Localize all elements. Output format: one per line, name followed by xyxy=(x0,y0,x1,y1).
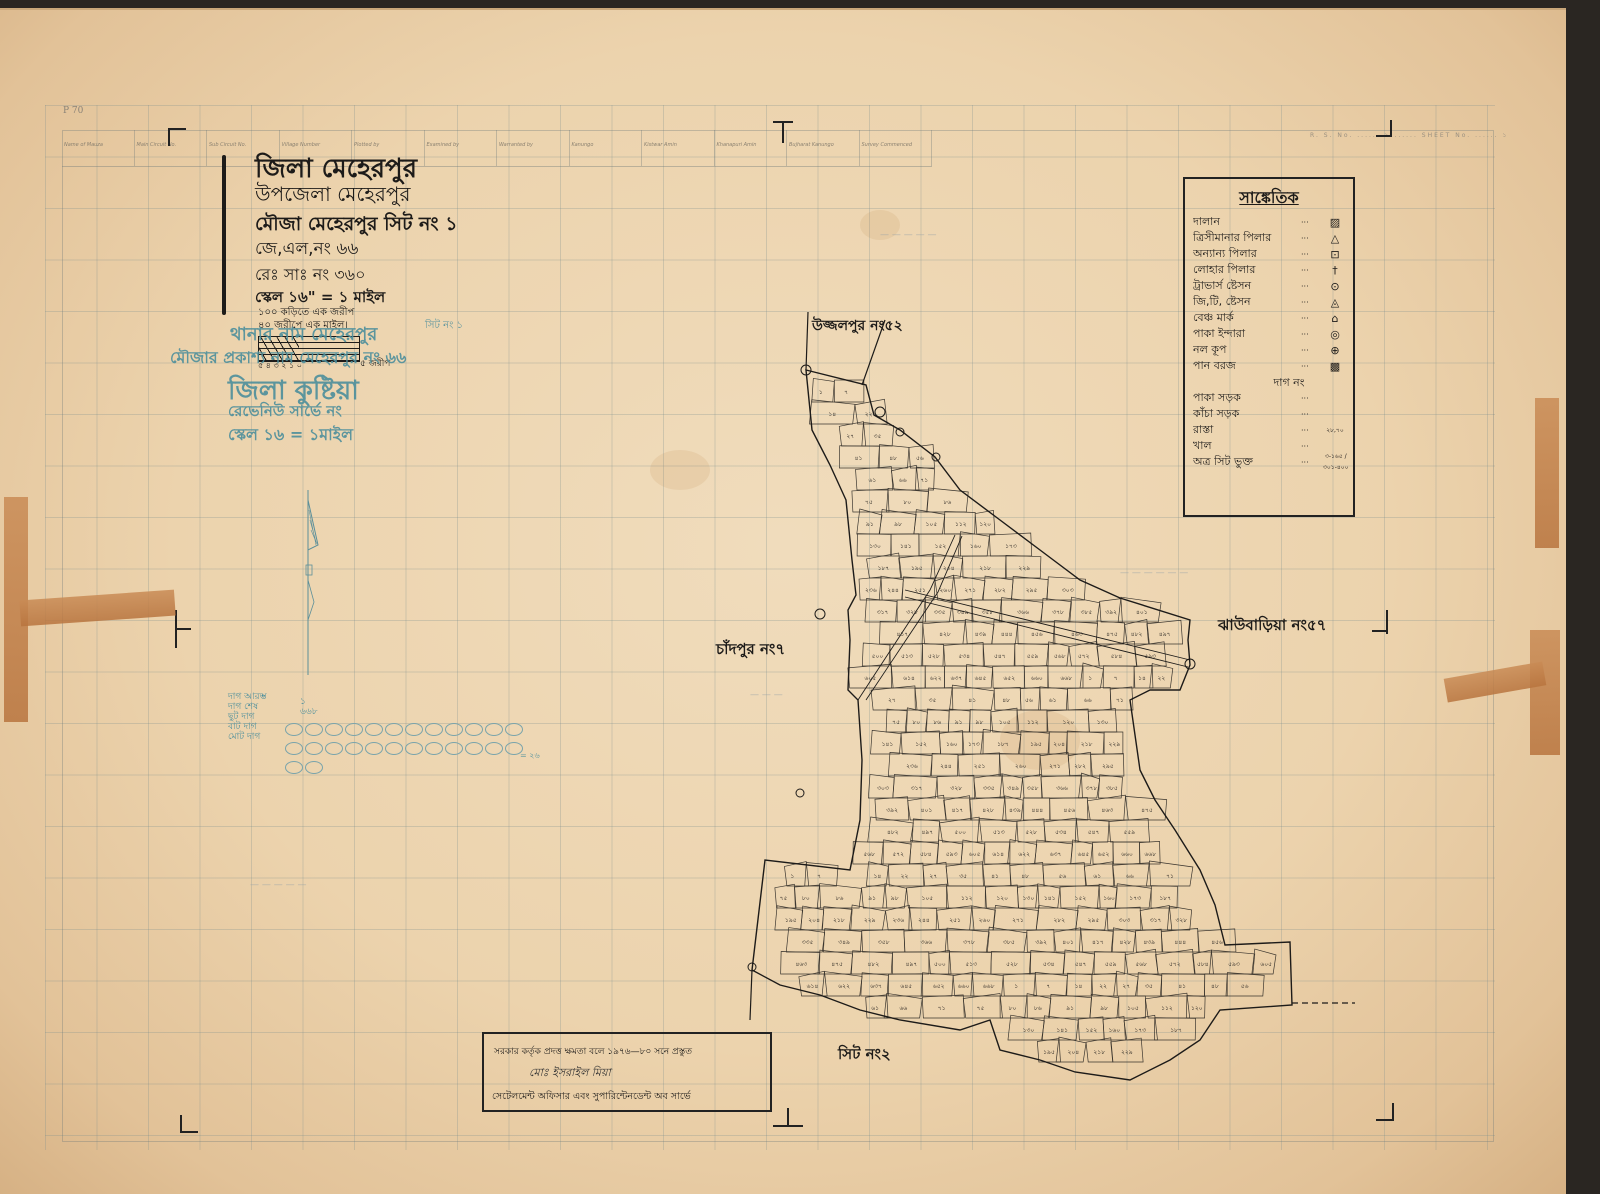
parcel-number: ৩৮৫ xyxy=(1106,785,1118,792)
parcel-number: ৪৪৪ xyxy=(1031,807,1043,814)
parcel-number: ৬৫২ xyxy=(1003,675,1015,682)
parcel-number: ২৩৬ xyxy=(892,917,904,924)
parcel-number: ৬১৪ xyxy=(992,851,1004,858)
parcel-number: ১৪১ xyxy=(1044,895,1056,902)
certificate-box: সরকার কর্তৃক প্রদত্ত ক্ষমতা বলে ১৯৭৬—৮০ … xyxy=(482,1032,772,1112)
parcel-number: ৬৩৭ xyxy=(951,675,963,682)
parcel-number: ২৩৬ xyxy=(865,587,877,594)
parcel-number: ২২৯ xyxy=(1018,565,1030,572)
parcel-number: ৭৫ xyxy=(865,499,873,506)
parcel-number: ৬২২ xyxy=(1018,851,1030,858)
parcel-number: ৭৫ xyxy=(977,1005,985,1012)
parcel-number: ২৬০ xyxy=(939,587,951,594)
parcel-number: ৩৫ xyxy=(959,873,967,880)
parcel-number: ৩১৭ xyxy=(911,785,923,792)
parcel-number: ৭ xyxy=(1046,983,1050,990)
parcel-number: ৫০০ xyxy=(934,961,946,968)
parcel-number: ৩৫ xyxy=(874,433,882,440)
parcel-number: ৩১৭ xyxy=(877,609,889,616)
parcel-number: ১৩০ xyxy=(1097,719,1109,726)
parcel-number: ৫৬৮ xyxy=(863,851,875,858)
parcel-number: ৫৩৪ xyxy=(958,653,970,660)
parcel-number: ১২০ xyxy=(1063,719,1075,726)
parcel-number: ৪৪৪ xyxy=(1001,631,1013,638)
parcel-number: ১৯৫ xyxy=(1030,741,1042,748)
parcel-number: ২৯৫ xyxy=(1088,917,1100,924)
parcel-number: ৩৭৮ xyxy=(1086,785,1098,792)
parcel-number: ২৮২ xyxy=(1074,763,1086,770)
parcel-number: ২৫১ xyxy=(974,763,986,770)
parcel-number: ২২৯ xyxy=(864,917,876,924)
parcel-number: ৪১ xyxy=(855,455,863,462)
parcel-number: ৬৪৫ xyxy=(975,675,987,682)
parcel-number: ১০৫ xyxy=(922,895,934,902)
pencil-annotation: — — — — — — xyxy=(1120,568,1188,578)
parcel-number: ৪৮ xyxy=(1002,697,1010,704)
parcel-number: ৮৬ xyxy=(1034,1005,1042,1012)
parcel-number: ২৭ xyxy=(888,697,896,704)
parcel-number: ৫৬ xyxy=(1025,697,1033,704)
parcel-number: ১৪ xyxy=(1138,675,1146,682)
parcel-number: ৯৮ xyxy=(1100,1005,1108,1012)
parcel-number: ৭১ xyxy=(938,1005,946,1012)
parcel-number: ৩৩৫ xyxy=(802,939,814,946)
parcel-number: ৪৫৬ xyxy=(1064,807,1076,814)
parcel-number: ৫৬ xyxy=(1241,983,1249,990)
parcel-number: ৩৮৫ xyxy=(1003,939,1015,946)
parcel-number: ১৮৭ xyxy=(1170,1027,1182,1034)
parcel-number: ৫২৮ xyxy=(1006,961,1018,968)
parcel-number: ৬৬৮ xyxy=(1145,851,1157,858)
parcel-number: ৪৬৩ xyxy=(1101,807,1113,814)
parcel-number: ৪৩৯ xyxy=(1009,807,1021,814)
parcel-number: ৫৭২ xyxy=(1169,961,1181,968)
parcel-number: ২৭ xyxy=(1122,983,1130,990)
parcel-number: ১৪ xyxy=(828,411,836,418)
pencil-annotation: — — — xyxy=(750,690,783,700)
parcel-number: ২০৪ xyxy=(1053,741,1065,748)
parcel-number: ৫২৮ xyxy=(1025,829,1037,836)
parcel-number: ৩৬৬ xyxy=(920,939,932,946)
parcel-number: ৪১৭ xyxy=(952,807,964,814)
parcel-number: ১৩০ xyxy=(1023,895,1035,902)
parcel-number: ৫৫৯ xyxy=(1105,961,1117,968)
parcel-number: ৬০৫ xyxy=(1260,961,1272,968)
parcel-number: ৬১৪ xyxy=(903,675,915,682)
parcel-number: ৫৭২ xyxy=(1078,653,1090,660)
parcel-number: ৪৬৩ xyxy=(796,961,808,968)
parcel-number: ৬২২ xyxy=(930,675,942,682)
parcel-number: ২৭ xyxy=(846,433,854,440)
parcel-number: ২১৮ xyxy=(833,917,845,924)
parcel-number: ৪৮ xyxy=(1211,983,1219,990)
parcel-number: ১৭৩ xyxy=(1129,895,1141,902)
parcel-number: ৮৬ xyxy=(836,895,844,902)
parcel-number: ৬১ xyxy=(871,1005,879,1012)
parcel-number: ৪৪৪ xyxy=(1174,939,1186,946)
parcel-number: ৪১ xyxy=(1178,983,1186,990)
parcel-number: ১৮৭ xyxy=(1159,895,1171,902)
parcel-number: ৭১ xyxy=(1116,697,1124,704)
parcel-number: ২১৮ xyxy=(1081,741,1093,748)
parcel-number: ৫৮৪ xyxy=(1197,961,1209,968)
parcel-number: ৩৯২ xyxy=(886,807,898,814)
parcel-number: ৩২৮ xyxy=(1175,917,1187,924)
parcel-number: ৬৫২ xyxy=(1098,851,1110,858)
parcel-number: ৬৫২ xyxy=(933,983,945,990)
parcel-number: ৬৬০ xyxy=(958,983,970,990)
parcel-number: ৬৬০ xyxy=(1121,851,1133,858)
parcel-number: ৯১ xyxy=(1066,1005,1074,1012)
parcel-number: ৯৮ xyxy=(976,719,984,726)
parcel-number: ১৭৩ xyxy=(968,741,980,748)
parcel-number: ১৪১ xyxy=(1056,1027,1068,1034)
parcel-number: ১ xyxy=(1014,983,1018,990)
parcel-number: ১৬০ xyxy=(970,543,982,550)
parcel-number: ৪৮ xyxy=(889,455,897,462)
parcel-number: ১ xyxy=(1088,675,1092,682)
parcel-number: ২১৮ xyxy=(979,565,991,572)
parcel-number: ৪০১ xyxy=(1062,939,1074,946)
parcel-number: ৫৫৯ xyxy=(1124,829,1136,836)
parcel-number: ৪৩৯ xyxy=(1143,939,1155,946)
parcel-number: ৫৪৭ xyxy=(1088,829,1100,836)
parcel-number: ১৮৭ xyxy=(997,741,1009,748)
parcel-number: ৩৫৮ xyxy=(878,939,890,946)
parcel-number: ৭ xyxy=(1114,675,1118,682)
parcel-number: ৮৬ xyxy=(943,499,951,506)
parcel-number: ১৬০ xyxy=(1103,895,1115,902)
parcel-number: ৩০৩ xyxy=(877,785,889,792)
parcel-number: ৩০৩ xyxy=(1062,587,1074,594)
parcel-number: ১৭৩ xyxy=(1005,543,1017,550)
pencil-annotation: — — — — — xyxy=(880,230,936,240)
parcel-number: ৫৩৪ xyxy=(1055,829,1067,836)
parcel-number: ৪৮ xyxy=(1021,873,1029,880)
parcel-number: ৫১৩ xyxy=(901,653,913,660)
parcel-number: ২৯৫ xyxy=(1026,587,1038,594)
adjacent-mouza-north: উজ্জলপুর নং৫২ xyxy=(812,318,903,334)
parcel-number: ২৪৪ xyxy=(940,763,952,770)
parcel-number: ৬৩৭ xyxy=(870,983,882,990)
parcel-number: ১১২ xyxy=(1027,719,1039,726)
parcel-number: ২৫১ xyxy=(949,917,961,924)
parcel-number: ৯১ xyxy=(866,521,874,528)
parcel-number: ১৬০ xyxy=(1108,1027,1120,1034)
parcel-number: ১০৫ xyxy=(999,719,1011,726)
parcel-number: ৩৭৮ xyxy=(1052,609,1064,616)
parcel-number: ১০৫ xyxy=(1127,1005,1139,1012)
parcel-number: ৬১ xyxy=(1049,697,1057,704)
parcel-number: ২২ xyxy=(1158,675,1166,682)
parcel-number: ৮০ xyxy=(802,895,810,902)
parcel-number: ৪৮২ xyxy=(868,961,880,968)
parcel-number: ১ xyxy=(819,389,823,396)
parcel-number: ২২ xyxy=(865,411,873,418)
parcel-number: ৪৫৬ xyxy=(1211,939,1223,946)
parcel-number: ১২০ xyxy=(996,895,1008,902)
parcel-number: ২২ xyxy=(901,873,909,880)
pencil-annotation: — — — — — xyxy=(250,880,306,890)
parcel-number: ১১২ xyxy=(955,521,967,528)
parcel-number: ১৬০ xyxy=(946,741,958,748)
parcel xyxy=(1103,666,1134,688)
parcel-number: ৬৬ xyxy=(1126,873,1134,880)
parcel-number: ৫৯৩ xyxy=(946,851,958,858)
parcel-number: ৩৪৯ xyxy=(1007,785,1019,792)
parcel-number: ১৭৩ xyxy=(1134,1027,1146,1034)
parcel-number: ৬১৪ xyxy=(807,983,819,990)
parcel-number: ৩৮৫ xyxy=(1081,609,1093,616)
parcel-number: ৫০০ xyxy=(872,653,884,660)
parcel-number: ৫৬ xyxy=(1058,873,1066,880)
parcel-number: ৭১ xyxy=(920,477,928,484)
parcel-number: ৪৫৬ xyxy=(1031,631,1043,638)
parcel-number: ৩২৮ xyxy=(950,785,962,792)
parcel-number: ২৭১ xyxy=(1049,763,1061,770)
parcel-number: ৪৩৯ xyxy=(975,631,987,638)
parcel xyxy=(1034,972,1068,996)
parcel-number: ৫৮৪ xyxy=(920,851,932,858)
parcel-number: ৬৬৮ xyxy=(1060,675,1072,682)
parcel-number: ৩৫৮ xyxy=(1027,785,1039,792)
parcel-number: ২০৪ xyxy=(808,917,820,924)
certificate-signature: মোঃ ইসরাইল মিয়া xyxy=(529,1064,611,1083)
parcel-number: ৮০ xyxy=(1009,1005,1017,1012)
parcel-number: ৩১৭ xyxy=(1150,917,1162,924)
parcel-number: ৪৭৫ xyxy=(1106,631,1118,638)
parcel-number: ৩৯২ xyxy=(1105,609,1117,616)
parcel-number: ২৩৬ xyxy=(906,763,918,770)
parcel-number: ১১২ xyxy=(961,895,973,902)
parcel-number: ২৪৪ xyxy=(918,917,930,924)
parcel-number: ৬৬ xyxy=(900,1005,908,1012)
parcel-number: ২৪৪ xyxy=(887,587,899,594)
parcel-number: ১৩০ xyxy=(1023,1027,1035,1034)
cadastral-map: ১৭১৪২২২৭৩৫৪১৪৮৫৬৬১৬৬৭১৭৫৮০৮৬৯১৯৮১০৫১১২১২… xyxy=(0,0,1600,1194)
parcel-number: ৬২২ xyxy=(838,983,850,990)
parcel-number: ৪০১ xyxy=(921,807,933,814)
parcel-number: ৫২৮ xyxy=(928,653,940,660)
parcel-number: ২২৯ xyxy=(1121,1049,1133,1056)
parcel-number: ৪১ xyxy=(968,697,976,704)
parcel-number: ১৫২ xyxy=(915,741,927,748)
parcel-number: ১৪ xyxy=(873,873,881,880)
parcel-number: ২৭১ xyxy=(1012,917,1024,924)
parcel-number: ২৮২ xyxy=(1053,917,1065,924)
parcel-number: ৬৬ xyxy=(1084,697,1092,704)
parcel-number: ৩৫ xyxy=(1145,983,1153,990)
parcel-number: ৪২৮ xyxy=(939,631,951,638)
parcel-number: ৬৪৫ xyxy=(900,983,912,990)
parcel-number: ৯৮ xyxy=(891,895,899,902)
parcel-number: ৪৯৭ xyxy=(906,961,918,968)
parcel-number: ৫৭২ xyxy=(892,851,904,858)
parcel-number: ১০৫ xyxy=(926,521,938,528)
parcel-number: ১৪ xyxy=(1075,983,1083,990)
parcel-number: ৪৭৫ xyxy=(1141,807,1153,814)
parcel-number: ৩৯২ xyxy=(1035,939,1047,946)
parcel-number: ৪৯৭ xyxy=(921,829,933,836)
parcel-number: ৪৮২ xyxy=(1131,631,1143,638)
parcel-number: ৩৩৫ xyxy=(983,785,995,792)
parcel-number: ৭১ xyxy=(1166,873,1174,880)
parcel-number: ৩৬৬ xyxy=(1017,609,1029,616)
parcel-number: ৫৩৪ xyxy=(1043,961,1055,968)
parcel-number: ৬১ xyxy=(1093,873,1101,880)
certificate-line-3: সেটেলমেন্ট অফিসার এবং সুপারিন্টেনডেন্ট অ… xyxy=(492,1090,691,1105)
parcel-number: ৬৬৮ xyxy=(983,983,995,990)
parcel-number: ১১২ xyxy=(1161,1005,1173,1012)
parcel-number: ৬৩৭ xyxy=(1050,851,1062,858)
parcel-number: ১৯৫ xyxy=(1043,1049,1055,1056)
parcel-number: ৩৪৯ xyxy=(838,939,850,946)
parcel-number: ১৯৫ xyxy=(911,565,923,572)
adjacent-mouza-west: চাঁদপুর নং৭ xyxy=(716,638,785,663)
parcel-number: ৬০৫ xyxy=(969,851,981,858)
parcel-number: ৮৬ xyxy=(933,719,941,726)
parcel-number: ৫৬ xyxy=(916,455,924,462)
parcel-number: ১৩০ xyxy=(869,543,881,550)
parcel-number: ৩৭৮ xyxy=(963,939,975,946)
parcel-number: ১৫২ xyxy=(935,543,947,550)
parcel-number: ৭ xyxy=(817,873,821,880)
adjacent-sheet-south: সিট নং২ xyxy=(838,1043,891,1068)
parcel-number: ৩৫ xyxy=(929,697,937,704)
parcel-number: ৬৬০ xyxy=(1031,675,1043,682)
parcel-number: ৩৬৬ xyxy=(1056,785,1068,792)
parcel-number: ৫৪৭ xyxy=(994,653,1006,660)
parcel xyxy=(1003,973,1036,996)
parcel-number: ২০৪ xyxy=(1068,1049,1080,1056)
adjacent-mouza-east: ঝাউবাড়িয়া নং৫৭ xyxy=(1218,614,1326,639)
parcel-number: ১৮৭ xyxy=(878,565,890,572)
parcel-number: ৭৫ xyxy=(892,719,900,726)
parcel-number: ৯৮ xyxy=(894,521,902,528)
parcel-number: ৯১ xyxy=(868,895,876,902)
parcel-number: ৪৭৫ xyxy=(831,961,843,968)
parcel-number: ১২০ xyxy=(1191,1005,1203,1012)
parcel-number: ৫১৩ xyxy=(993,829,1005,836)
parcel-number: ৮০ xyxy=(903,499,911,506)
parcel-number: ২৮২ xyxy=(994,587,1006,594)
parcel-number: ২২৯ xyxy=(1109,741,1121,748)
parcel-number: ২৬০ xyxy=(979,917,991,924)
parcel-number: ২২ xyxy=(1099,983,1107,990)
parcel-number: ৭ xyxy=(844,389,848,396)
parcel xyxy=(812,378,835,402)
parcel-number: ১৪১ xyxy=(900,543,912,550)
parcel-number: ৪১৭ xyxy=(1092,939,1104,946)
parcel-number: ৬৬ xyxy=(899,477,907,484)
certificate-line-1: সরকার কর্তৃক প্রদত্ত ক্ষমতা বলে ১৯৭৬—৮০ … xyxy=(494,1044,692,1059)
parcel-number: ৬১ xyxy=(868,477,876,484)
parcel-number: ৩০৩ xyxy=(1119,917,1131,924)
parcel-number: ৫৪৭ xyxy=(1075,961,1087,968)
parcel-number: ৬৪৫ xyxy=(1078,851,1090,858)
parcel-number: ২৭১ xyxy=(964,587,976,594)
parcel-number: ৫১৩ xyxy=(965,961,977,968)
parcel-number: ৪৮২ xyxy=(887,829,899,836)
parcel-number: ৪২৮ xyxy=(1119,939,1131,946)
parcel-number: ১৫২ xyxy=(1086,1027,1098,1034)
parcel-number: ১৯৫ xyxy=(785,917,797,924)
parcel-number: ২৭ xyxy=(929,873,937,880)
parcel-number: ৮০ xyxy=(912,719,920,726)
parcel-number: ১ xyxy=(790,873,794,880)
parcel-number: ৭৫ xyxy=(780,895,788,902)
parcel-number: ৯১ xyxy=(955,719,963,726)
parcel-number: ৪৯৭ xyxy=(1159,631,1171,638)
parcel-number: ১৪১ xyxy=(882,741,894,748)
parcel-number: ১২০ xyxy=(979,521,991,528)
parcel-number: ৫৯৩ xyxy=(1228,961,1240,968)
parcel-number: ২৬০ xyxy=(1015,763,1027,770)
parcel-number: ৪০১ xyxy=(1136,609,1148,616)
parcel-number: ৩৩৫ xyxy=(934,609,946,616)
parcel-number: ৪১ xyxy=(991,873,999,880)
parcel-number: ২১৮ xyxy=(1093,1049,1105,1056)
parcel-number: ৫৬৮ xyxy=(1054,653,1066,660)
parcel-number: ৪২৮ xyxy=(982,807,994,814)
parcel-number: ৫০০ xyxy=(954,829,966,836)
parcel-number: ৫৫৯ xyxy=(1027,653,1039,660)
parcel-number: ৫৮৪ xyxy=(1111,653,1123,660)
parcel-number: ১৫২ xyxy=(1075,895,1087,902)
parcel-number: ৫৬৮ xyxy=(1135,961,1147,968)
parcel-number: ২৯৫ xyxy=(1102,763,1114,770)
